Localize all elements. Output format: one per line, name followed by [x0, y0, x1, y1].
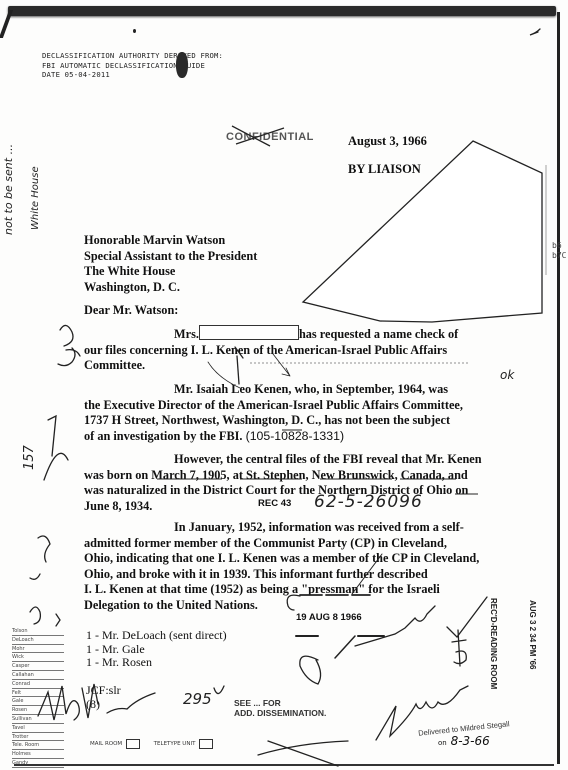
routing-item: Tele. Room — [12, 741, 64, 750]
paragraph-2: Mr. Isaiah Leo Kenen, who, in September,… — [84, 382, 463, 444]
paragraph-4: In January, 1952, information was receiv… — [84, 520, 479, 613]
p3-line: was born on March 7, 1905, at St. Stephe… — [84, 468, 482, 484]
addressee-line: Washington, D. C. — [84, 280, 257, 296]
exemption-b6: b6 — [552, 241, 566, 251]
scan-border-top — [8, 6, 556, 16]
p2-line: the Executive Director of the American-I… — [84, 398, 463, 414]
p3-line: However, the central files of the FBI re… — [84, 452, 482, 468]
handwritten-number: 295 — [183, 690, 212, 708]
footer-checkboxes: MAIL ROOM TELETYPE UNIT — [90, 739, 225, 749]
routing-item: Conrad — [12, 680, 64, 689]
declass-line: DATE 05-04-2011 — [42, 70, 223, 80]
routing-item: Holmes — [12, 750, 64, 759]
exemption-b7c: b7C — [552, 251, 566, 261]
copy-count: (8) — [86, 698, 121, 712]
routing-item: Casper — [12, 662, 64, 671]
delivery-method: BY LIAISON — [348, 162, 421, 177]
p4-line: admitted former member of the Communist … — [84, 536, 479, 552]
dissemination-stamp: SEE ... FOR ADD. DISSEMINATION. — [234, 698, 326, 718]
p2-line: of an investigation by the FBI. — [84, 429, 243, 443]
cc-line: 1 - Mr. Gale — [86, 643, 227, 657]
received-stamp: 19 AUG 8 1966 — [296, 612, 362, 623]
routing-list: Tolson DeLoach Mohr Wick Casper Callahan… — [12, 627, 64, 768]
ink-speck — [133, 29, 136, 33]
mail-room-checkbox — [126, 739, 140, 749]
routing-item: Callahan — [12, 671, 64, 680]
addressee-block: Honorable Marvin Watson Special Assistan… — [84, 233, 257, 295]
delivered-date: on 8-3-66 — [438, 734, 490, 748]
margin-number: 157 — [22, 445, 37, 470]
distribution-list: 1 - Mr. DeLoach (sent direct) 1 - Mr. Ga… — [86, 629, 227, 670]
see-line: SEE ... FOR — [234, 698, 326, 708]
teletype-unit-label: TELETYPE UNIT — [154, 741, 196, 747]
routing-item: Tavel — [12, 724, 64, 733]
routing-item: Tolson — [12, 627, 64, 636]
p4-line: In January, 1952, information was receiv… — [84, 520, 479, 536]
cc-line: 1 - Mr. DeLoach (sent direct) — [86, 629, 227, 643]
margin-handwriting-2: White House — [30, 166, 41, 230]
handwritten-ok: ok — [500, 368, 514, 382]
routing-item: Mohr — [12, 645, 64, 654]
paragraph-1: Mrs.has requested a name check of our fi… — [84, 325, 458, 374]
rec-stamp: REC 43 — [258, 498, 291, 509]
delivered-date-value: 8-3-66 — [451, 734, 490, 748]
p2-line: 1737 H Street, Northwest, Washington, D.… — [84, 413, 463, 429]
declassification-notice: DECLASSIFICATION AUTHORITY DERIVED FROM:… — [42, 51, 223, 80]
p4-line: Ohio, and broke with it in 1939. This in… — [84, 567, 479, 583]
redacted-name — [199, 325, 299, 340]
teletype-unit-checkbox — [199, 739, 213, 749]
letter-date: August 3, 1966 — [348, 134, 427, 149]
scan-border-right — [557, 12, 560, 764]
p4-line: Delegation to the United Nations. — [84, 598, 479, 614]
p1-prefix: Mrs. — [174, 327, 199, 341]
mail-room-label: MAIL ROOM — [90, 741, 122, 747]
typist-initials: JCF:slr (8) — [86, 684, 121, 711]
salutation: Dear Mr. Watson: — [84, 303, 178, 318]
routing-item: Rosen — [12, 706, 64, 715]
exemption-codes: b6 b7C — [552, 241, 566, 261]
addressee-line: The White House — [84, 264, 257, 280]
cc-line: 1 - Mr. Rosen — [86, 656, 227, 670]
reading-room-stamp: REC'D-READING ROOM — [489, 598, 498, 689]
add-line: ADD. DISSEMINATION. — [234, 708, 326, 718]
routing-item: Sullivan — [12, 715, 64, 724]
routing-item: Wick — [12, 653, 64, 662]
p1-line: Committee. — [84, 358, 458, 374]
routing-item: Felt — [12, 689, 64, 698]
routing-item: DeLoach — [12, 636, 64, 645]
file-number: (105-10828-1331) — [246, 429, 344, 443]
p2-line: Mr. Isaiah Leo Kenen, who, in September,… — [84, 382, 463, 398]
margin-handwriting: not to be sent ... — [2, 144, 15, 235]
routing-item: Gale — [12, 697, 64, 706]
routing-item: Gandy — [12, 759, 64, 768]
ink-blot — [176, 52, 188, 78]
p1-line: our files concerning I. L. Kenen of the … — [84, 343, 458, 359]
scan-border-bottom — [14, 764, 554, 766]
strike-out-mark — [230, 124, 286, 148]
time-stamp: AUG 3 2 34 PM '66 — [528, 600, 537, 670]
scan-border-corner — [0, 10, 23, 38]
addressee-line: Special Assistant to the President — [84, 249, 257, 265]
document-page: DECLASSIFICATION AUTHORITY DERIVED FROM:… — [0, 0, 568, 770]
p4-line: I. L. Kenen at that time (1952) as being… — [84, 582, 479, 598]
declass-line: DECLASSIFICATION AUTHORITY DERIVED FROM: — [42, 51, 223, 61]
handwritten-file-number: 62-5-26096 — [314, 492, 423, 512]
delivered-on: on — [438, 739, 447, 747]
p1-text: has requested a name check of — [299, 327, 458, 341]
declass-line: FBI AUTOMATIC DECLASSIFICATION GUIDE — [42, 61, 223, 71]
addressee-line: Honorable Marvin Watson — [84, 233, 257, 249]
initials-line: JCF:slr — [86, 684, 121, 698]
p4-line: Ohio, indicating that one I. L. Kenen wa… — [84, 551, 479, 567]
routing-item: Trotter — [12, 733, 64, 742]
